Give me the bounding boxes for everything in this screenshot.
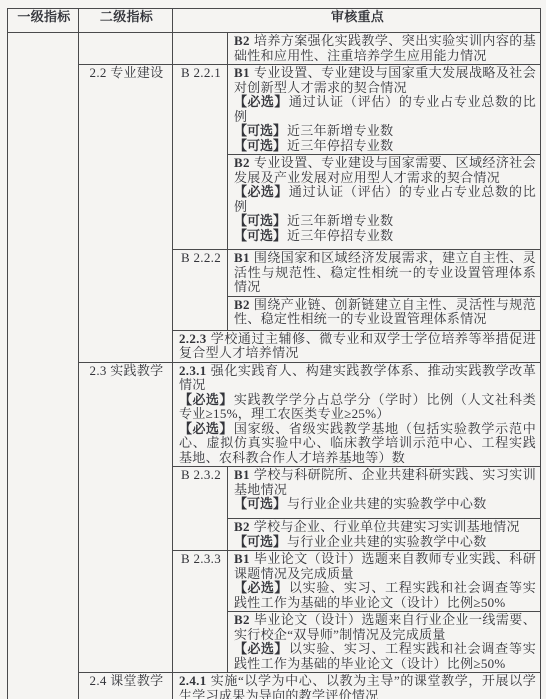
- item-marker: 【必选】: [234, 641, 288, 656]
- item-marker: 【必选】: [179, 421, 233, 436]
- review-cell-b232-b1: B1学校与科研院所、企业共建科研实践、实习实训基地情况 【可选】与行业企业共建的…: [228, 467, 541, 519]
- review-item: 【必选】通过认证（评估）的专业占专业总数的比例: [234, 95, 536, 124]
- table-row: 2.4 课堂教学 2.4.1实施“以学为中心、以教为主导”的课堂教学，开展以学生…: [8, 673, 541, 699]
- item-text: 专业设置、专业建设与国家重大发展战略及社会对创新型人才需求的契合情况: [234, 65, 536, 95]
- item-text: 近三年新增专业数: [287, 213, 393, 228]
- table-header-row: 一级指标 二级指标 审核重点: [8, 9, 541, 33]
- header-level2: 二级指标: [79, 9, 173, 33]
- item-text: 近三年新增专业数: [287, 123, 393, 138]
- header-review-focus: 审核重点: [173, 9, 541, 33]
- item-text: 近三年停招专业数: [287, 228, 393, 243]
- code-cell-b222: B 2.2.2: [173, 250, 228, 331]
- indicator-table: 一级指标 二级指标 审核重点 B2培养方案强化实践教学、突出实验实训内容的基础性…: [7, 8, 541, 699]
- item-text: 围绕国家和区域经济发展需求，建立自主性、灵活性与规范性、稳定性相统一的专业设置管…: [234, 250, 536, 294]
- item-marker: B1: [234, 551, 250, 566]
- item-marker: B1: [234, 467, 250, 482]
- review-item: B1毕业论文（设计）选题来自教师专业实践、科研课题情况及完成质量: [234, 552, 536, 581]
- item-text: 毕业论文（设计）选题来自行业企业一线需要、实行校企“双导师”制情况及完成质量: [234, 612, 536, 642]
- review-item: 2.2.3学校通过主辅修、微专业和双学士学位培养等举措促进复合型人才培养情况: [179, 332, 536, 361]
- review-item: 【可选】与行业企业共建的实验教学中心数: [234, 497, 536, 512]
- item-marker: 2.3.1: [179, 363, 207, 378]
- review-cell-prev-b2: B2培养方案强化实践教学、突出实验实训内容的基础性和应用性、注重培养学生应用能力…: [228, 33, 541, 65]
- item-text: 实施“以学为中心、以教为主导”的课堂教学，开展以学生学习成果为导向的教学评价情况: [179, 673, 536, 699]
- review-item: 【必选】以实验、实习、工程实践和社会调查等实践性工作为基础的毕业论文（设计）比例…: [234, 642, 536, 671]
- item-text: 专业设置、专业建设与国家需要、区域经济社会发展及产业发展对应用型人才需求的契合情…: [234, 155, 536, 185]
- table-row: 2.3 实践教学 2.3.1强化实践育人、构建实践教学体系、推动实践教学改革情况…: [8, 362, 541, 467]
- item-marker: 【可选】: [234, 496, 286, 511]
- item-marker: B1: [234, 65, 250, 80]
- code-empty-cell: [173, 33, 228, 65]
- review-item: 2.3.1强化实践育人、构建实践教学体系、推动实践教学改革情况: [179, 364, 536, 393]
- item-text: 学校通过主辅修、微专业和双学士学位培养等举措促进复合型人才培养情况: [179, 331, 536, 361]
- review-item: B2围绕产业链、创新链建立自主性、灵活性与规范性、稳定性相统一的专业设置管理体系…: [234, 298, 536, 327]
- header-level1: 一级指标: [8, 9, 79, 33]
- item-text: 学校与科研院所、企业共建科研实践、实习实训基地情况: [234, 467, 536, 497]
- review-item: 2.4.1实施“以学为中心、以教为主导”的课堂教学，开展以学生学习成果为导向的教…: [179, 674, 536, 699]
- item-text: 与行业企业共建的实验教学中心数: [287, 496, 487, 511]
- code-cell-b232: B 2.3.2: [173, 467, 228, 551]
- review-item: 【必选】以实验、实习、工程实践和社会调查等实践性工作为基础的毕业论文（设计）比例…: [234, 581, 536, 610]
- item-text: 培养方案强化实践教学、突出实验实训内容的基础性和应用性、注重培养学生应用能力情况: [234, 33, 536, 63]
- code-cell-b233: B 2.3.3: [173, 551, 228, 673]
- item-marker: 2.2.3: [179, 331, 207, 346]
- review-item: B2培养方案强化实践教学、突出实验实训内容的基础性和应用性、注重培养学生应用能力…: [234, 34, 536, 63]
- item-marker: B2: [234, 155, 250, 170]
- table-row: B2培养方案强化实践教学、突出实验实训内容的基础性和应用性、注重培养学生应用能力…: [8, 33, 541, 65]
- item-marker: 【可选】: [234, 228, 286, 243]
- review-cell-b222-b1: B1围绕国家和区域经济发展需求，建立自主性、灵活性与规范性、稳定性相统一的专业设…: [228, 250, 541, 297]
- item-marker: B2: [234, 612, 250, 627]
- review-cell-b232-b2: B2学校与企业、行业单位共建实习实训基地情况 【可选】与行业企业共建的实验教学中…: [228, 519, 541, 551]
- review-cell-b233-b1: B1毕业论文（设计）选题来自教师专业实践、科研课题情况及完成质量 【必选】以实验…: [228, 551, 541, 612]
- review-cell-231: 2.3.1强化实践育人、构建实践教学体系、推动实践教学改革情况 【必选】实践教学…: [173, 362, 541, 467]
- level2-cell-22: 2.2 专业建设: [79, 65, 173, 363]
- item-text: 近三年停招专业数: [287, 138, 393, 153]
- item-marker: B2: [234, 33, 250, 48]
- item-marker: 【可选】: [234, 138, 286, 153]
- item-text: 围绕产业链、创新链建立自主性、灵活性与规范性、稳定性相统一的专业设置管理体系情况: [234, 297, 536, 327]
- code-cell-b221: B 2.2.1: [173, 65, 228, 250]
- level2-empty-cell: [79, 33, 173, 65]
- item-marker: 【必选】: [234, 94, 288, 109]
- review-item: B1围绕国家和区域经济发展需求，建立自主性、灵活性与规范性、稳定性相统一的专业设…: [234, 251, 536, 295]
- item-marker: 【必选】: [234, 184, 288, 199]
- item-marker: 【必选】: [234, 580, 288, 595]
- review-item: 【必选】通过认证（评估）的专业占专业总数的比例: [234, 185, 536, 214]
- review-item: B1学校与科研院所、企业共建科研实践、实习实训基地情况: [234, 468, 536, 497]
- review-item: 【可选】与行业企业共建的实验教学中心数: [234, 535, 536, 550]
- review-item: 【可选】近三年新增专业数: [234, 214, 536, 229]
- review-item: 【可选】近三年停招专业数: [234, 229, 536, 244]
- item-marker: 【可选】: [234, 213, 286, 228]
- review-cell-b221-b1: B1专业设置、专业建设与国家重大发展战略及社会对创新型人才需求的契合情况 【必选…: [228, 65, 541, 155]
- review-cell-b222-b2: B2围绕产业链、创新链建立自主性、灵活性与规范性、稳定性相统一的专业设置管理体系…: [228, 296, 541, 330]
- item-text: 强化实践育人、构建实践教学体系、推动实践教学改革情况: [179, 363, 536, 393]
- review-item: B1专业设置、专业建设与国家重大发展战略及社会对创新型人才需求的契合情况: [234, 66, 536, 95]
- item-marker: 【可选】: [234, 123, 286, 138]
- item-marker: 【可选】: [234, 534, 286, 549]
- review-cell-241: 2.4.1实施“以学为中心、以教为主导”的课堂教学，开展以学生学习成果为导向的教…: [173, 673, 541, 699]
- item-marker: 2.4.1: [179, 673, 207, 688]
- item-marker: B2: [234, 297, 250, 312]
- review-item: B2毕业论文（设计）选题来自行业企业一线需要、实行校企“双导师”制情况及完成质量: [234, 613, 536, 642]
- item-text: 学校与企业、行业单位共建实习实训基地情况: [254, 519, 520, 534]
- item-text: 与行业企业共建的实验教学中心数: [287, 534, 487, 549]
- review-item: 【必选】国家级、省级实践教学基地（包括实验教学示范中心、虚拟仿真实验中心、临床教…: [179, 422, 536, 466]
- item-marker: B2: [234, 519, 250, 534]
- review-item: B2专业设置、专业建设与国家需要、区域经济社会发展及产业发展对应用型人才需求的契…: [234, 156, 536, 185]
- review-item: B2学校与企业、行业单位共建实习实训基地情况: [234, 520, 536, 535]
- item-text: 毕业论文（设计）选题来自教师专业实践、科研课题情况及完成质量: [234, 551, 536, 581]
- review-item: 【可选】近三年新增专业数: [234, 124, 536, 139]
- review-item: 【必选】实践教学学分占总学分（学时）比例（人文社科类专业≥15%，理工农医类专业…: [179, 393, 536, 422]
- level1-empty-cell: [8, 33, 79, 699]
- level2-cell-24: 2.4 课堂教学: [79, 673, 173, 699]
- level2-cell-23: 2.3 实践教学: [79, 362, 173, 673]
- review-item: 【可选】近三年停招专业数: [234, 139, 536, 154]
- review-cell-b221-b2: B2专业设置、专业建设与国家需要、区域经济社会发展及产业发展对应用型人才需求的契…: [228, 155, 541, 250]
- review-cell-223: 2.2.3学校通过主辅修、微专业和双学士学位培养等举措促进复合型人才培养情况: [173, 330, 541, 362]
- item-marker: 【必选】: [179, 392, 233, 407]
- table-row: 2.2 专业建设 B 2.2.1 B1专业设置、专业建设与国家重大发展战略及社会…: [8, 65, 541, 155]
- review-cell-b233-b2: B2毕业论文（设计）选题来自行业企业一线需要、实行校企“双导师”制情况及完成质量…: [228, 612, 541, 673]
- item-marker: B1: [234, 250, 250, 265]
